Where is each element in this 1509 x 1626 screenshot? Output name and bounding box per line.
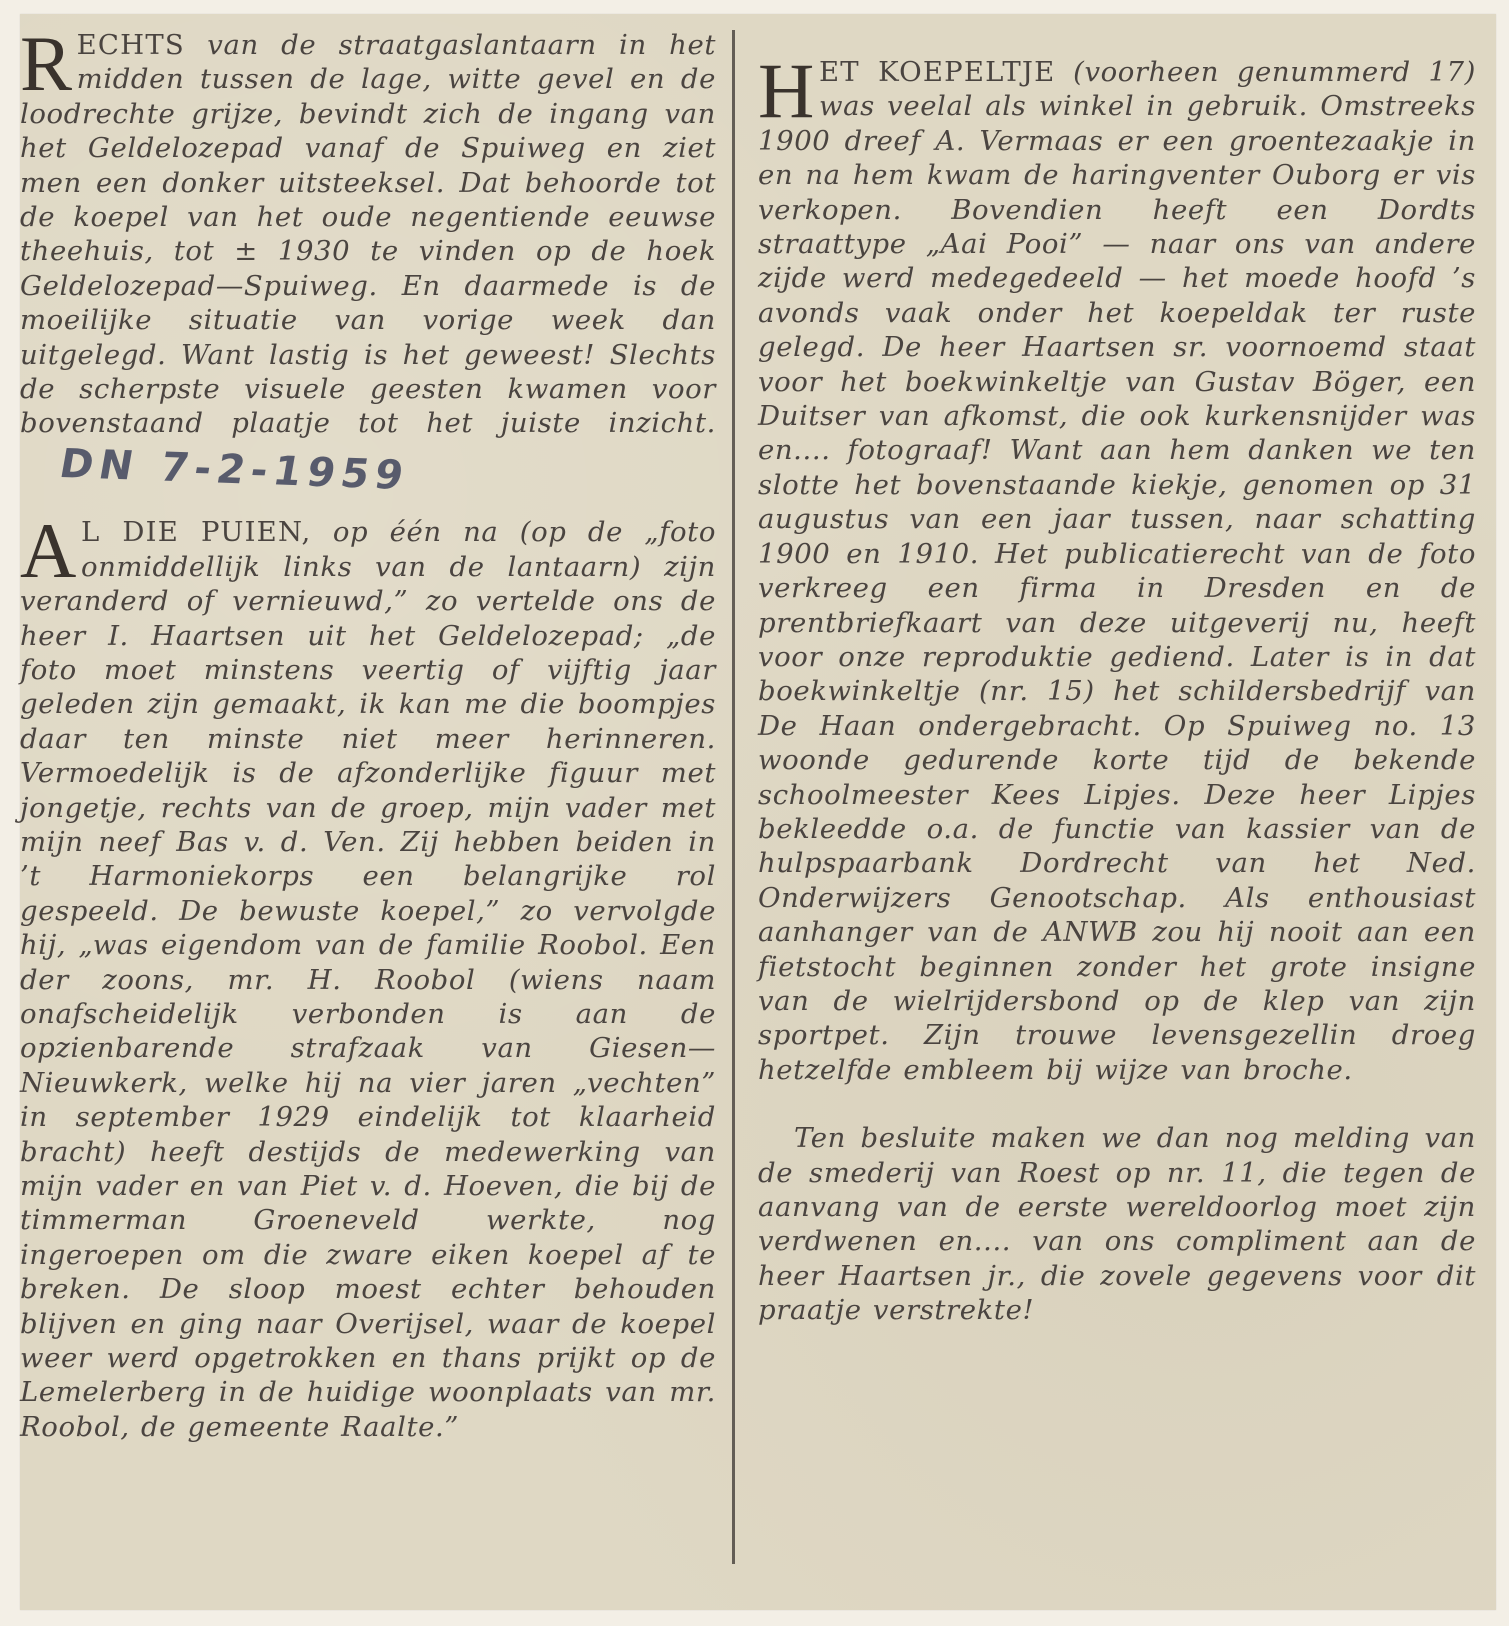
dropcap-r: R xyxy=(20,34,73,94)
lead-caps: L DIE PUIEN, xyxy=(81,516,311,548)
paragraph-ten-besluite: Ten besluite maken we dan nog melding va… xyxy=(758,1121,1476,1327)
paragraph-text: (voorheen genummerd 17) was veelal als w… xyxy=(758,56,1476,1086)
dropcap-h: H xyxy=(758,61,815,121)
column-divider xyxy=(732,30,735,1564)
right-column: HET KOEPELTJE (voorheen genummerd 17) wa… xyxy=(758,14,1476,1328)
paragraph-het-koepeltje: HET KOEPELTJE (voorheen genummerd 17) wa… xyxy=(758,55,1476,1087)
dropcap-a: A xyxy=(20,521,77,581)
handwritten-date-annotation: DN 7-2-1959 xyxy=(57,447,412,493)
paragraph-text: op één na (op de „foto onmiddellijk link… xyxy=(20,516,716,1443)
paragraph-al-die-puien: AL DIE PUIEN, op één na (op de „foto onm… xyxy=(20,515,716,1444)
lead-caps: ECHTS xyxy=(77,29,185,61)
lead-caps: ET KOEPELTJE xyxy=(819,56,1055,88)
newspaper-clipping: RECHTS van de straatgaslantaarn in het m… xyxy=(20,14,1496,1610)
paragraph-text: van de straatgaslantaarn in het midden t… xyxy=(20,29,716,439)
paragraph-text: Ten besluite maken we dan nog melding va… xyxy=(758,1122,1476,1326)
paragraph-rechts: RECHTS van de straatgaslantaarn in het m… xyxy=(20,28,716,479)
left-column: RECHTS van de straatgaslantaarn in het m… xyxy=(20,14,716,1444)
